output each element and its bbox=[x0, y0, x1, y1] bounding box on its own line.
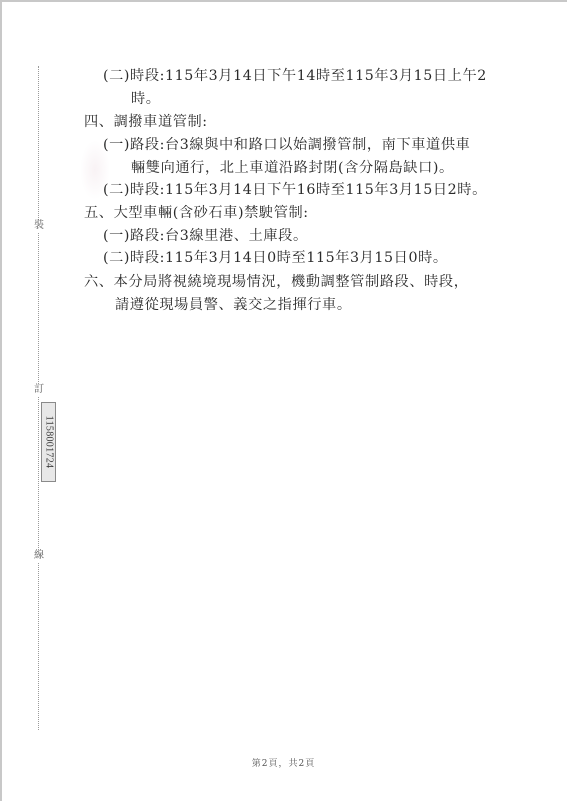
scan-border-top bbox=[0, 0, 567, 2]
serial-number: 1158001724 bbox=[43, 416, 54, 469]
binding-char-xian: 線 bbox=[31, 550, 47, 562]
binding-char-ding: 訂 bbox=[31, 384, 47, 396]
serial-number-stamp: 1158001724 bbox=[41, 402, 56, 482]
binding-margin-line bbox=[38, 66, 39, 730]
scan-border-left bbox=[0, 0, 2, 801]
section-heading-5: 五、大型車輛(含砂石車)禁駛管制: bbox=[84, 204, 309, 222]
section-5-road-segment: (一)路段:台3線里港、土庫段。 bbox=[103, 227, 308, 245]
time-period-continuation: 時。 bbox=[131, 90, 161, 108]
binding-char-zhuang: 裝 bbox=[31, 220, 47, 232]
section-5-time-period: (二)時段:115年3月14日0時至115年3月15日0時。 bbox=[103, 249, 448, 267]
section-heading-6: 六、本分局將視繞境現場情況，機動調整管制路段、時段， bbox=[84, 273, 468, 291]
section-4-time-period: (二)時段:115年3月14日下午16時至115年3月15日2時。 bbox=[103, 181, 487, 199]
page-number-footer: 第2頁，共2頁 bbox=[0, 756, 567, 769]
section-6-continuation: 請遵從現場員警、義交之指揮行車。 bbox=[115, 296, 352, 314]
section-4-road-segment-continuation: 輛雙向通行，北上車道沿路封閉(含分隔島缺口)。 bbox=[131, 159, 454, 177]
section-heading-4: 四、調撥車道管制: bbox=[84, 113, 208, 131]
section-4-road-segment: (一)路段:台3線與中和路口以始調撥管制，南下車道供車 bbox=[103, 136, 470, 154]
time-period-line: (二)時段:115年3月14日下午14時至115年3月15日上午2 bbox=[103, 67, 487, 85]
